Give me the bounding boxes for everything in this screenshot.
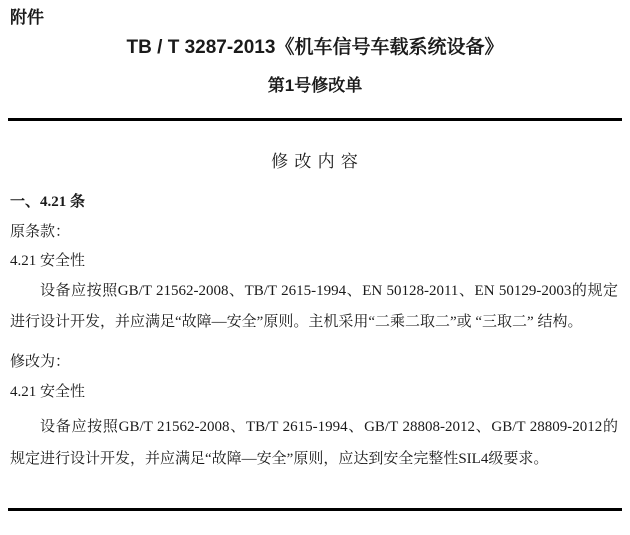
section-heading: 修 改 内 容 (0, 151, 630, 173)
revised-clause-title: 4.21 安全性 (10, 382, 85, 402)
bottom-rule (8, 508, 622, 511)
revised-clause-body: 设备应按照GB/T 21562-2008、TB/T 2615-1994、GB/T… (10, 411, 618, 475)
document-subtitle: 第1号修改单 (0, 75, 630, 97)
top-rule (8, 118, 622, 121)
revised-clause-label: 修改为： (10, 352, 70, 372)
attachment-label: 附件 (10, 7, 44, 29)
original-clause-body: 设备应按照GB/T 21562-2008、TB/T 2615-1994、EN 5… (10, 276, 618, 338)
original-clause-label: 原条款： (10, 222, 70, 242)
original-clause-title: 4.21 安全性 (10, 251, 85, 271)
document-page: 附件 TB / T 3287-2013《机车信号车载系统设备》 第1号修改单 修… (0, 0, 630, 535)
document-title: TB / T 3287-2013《机车信号车载系统设备》 (0, 36, 630, 60)
modification-item-heading: 一、4.21 条 (10, 192, 85, 212)
